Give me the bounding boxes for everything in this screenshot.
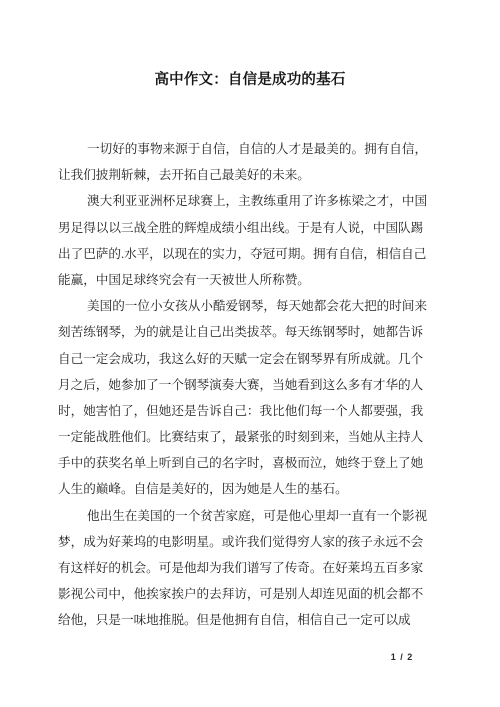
page-number: 1 / 2: [370, 652, 434, 662]
document-title: 高中作文：自信是成功的基石: [0, 71, 500, 89]
text-line: 美国的一位小女孩从小酷爱钢琴，每天她都会花大把的时间来: [58, 293, 438, 319]
text-line: 一切好的事物来源于自信，自信的人才是最美的。拥有自信，: [58, 136, 438, 162]
text-line: 男足得以以三战全胜的辉煌成绩小组出线。于是有人说，中国队踢: [58, 215, 438, 241]
text-line: 给他，只是一味地推脱。但是他拥有自信，相信自己一定可以成: [58, 607, 438, 633]
text-line: 刻苦练钢琴，为的就是让自己出类拔萃。每天练钢琴时，她都告诉: [58, 319, 438, 345]
text-line: 手中的获奖名单上听到自己的名字时，喜极而泣，她终于登上了她: [58, 450, 438, 476]
text-line: 他出生在美国的一个贫苦家庭，可是他心里却一直有一个影视: [58, 503, 438, 529]
text-line: 有这样好的机会。可是他却为我们谱写了传奇。在好莱坞五百多家: [58, 555, 438, 581]
text-line: 影视公司中，他挨家挨户的去拜访，可是别人却连见面的机会都不: [58, 581, 438, 607]
document-page: 高中作文：自信是成功的基石 一切好的事物来源于自信，自信的人才是最美的。拥有自信…: [0, 0, 500, 707]
document-body: 一切好的事物来源于自信，自信的人才是最美的。拥有自信，让我们披荆斩棘，去开拓自己…: [58, 136, 438, 634]
paragraph: 一切好的事物来源于自信，自信的人才是最美的。拥有自信，让我们披荆斩棘，去开拓自己…: [58, 136, 438, 188]
text-line: 时，她害怕了，但她还是告诉自己：我比他们每一个人都要强，我: [58, 398, 438, 424]
text-line: 出了巴萨的.水平，以现在的实力，夺冠可期。拥有自信，相信自己: [58, 241, 438, 267]
text-line: 澳大利亚亚洲杯足球赛上，主教练重用了许多栋梁之才，中国: [58, 188, 438, 214]
text-line: 自己一定会成功，我这么好的天赋一定会在钢琴界有所成就。几个: [58, 346, 438, 372]
text-line: 让我们披荆斩棘，去开拓自己最美好的未来。: [58, 162, 438, 188]
text-line: 梦，成为好莱坞的电影明星。或许我们觉得穷人家的孩子永远不会: [58, 529, 438, 555]
text-line: 能赢，中国足球终究会有一天被世人所称赞。: [58, 267, 438, 293]
paragraph: 澳大利亚亚洲杯足球赛上，主教练重用了许多栋梁之才，中国男足得以以三战全胜的辉煌成…: [58, 188, 438, 293]
paragraph: 他出生在美国的一个贫苦家庭，可是他心里却一直有一个影视梦，成为好莱坞的电影明星。…: [58, 503, 438, 634]
text-line: 月之后，她参加了一个钢琴演奏大赛，当她看到这么多有才华的人: [58, 372, 438, 398]
paragraph: 美国的一位小女孩从小酷爱钢琴，每天她都会花大把的时间来刻苦练钢琴，为的就是让自己…: [58, 293, 438, 503]
text-line: 一定能战胜他们。比赛结束了，最紧张的时刻到来，当她从主持人: [58, 424, 438, 450]
text-line: 人生的巅峰。自信是美好的，因为她是人生的基石。: [58, 476, 438, 502]
